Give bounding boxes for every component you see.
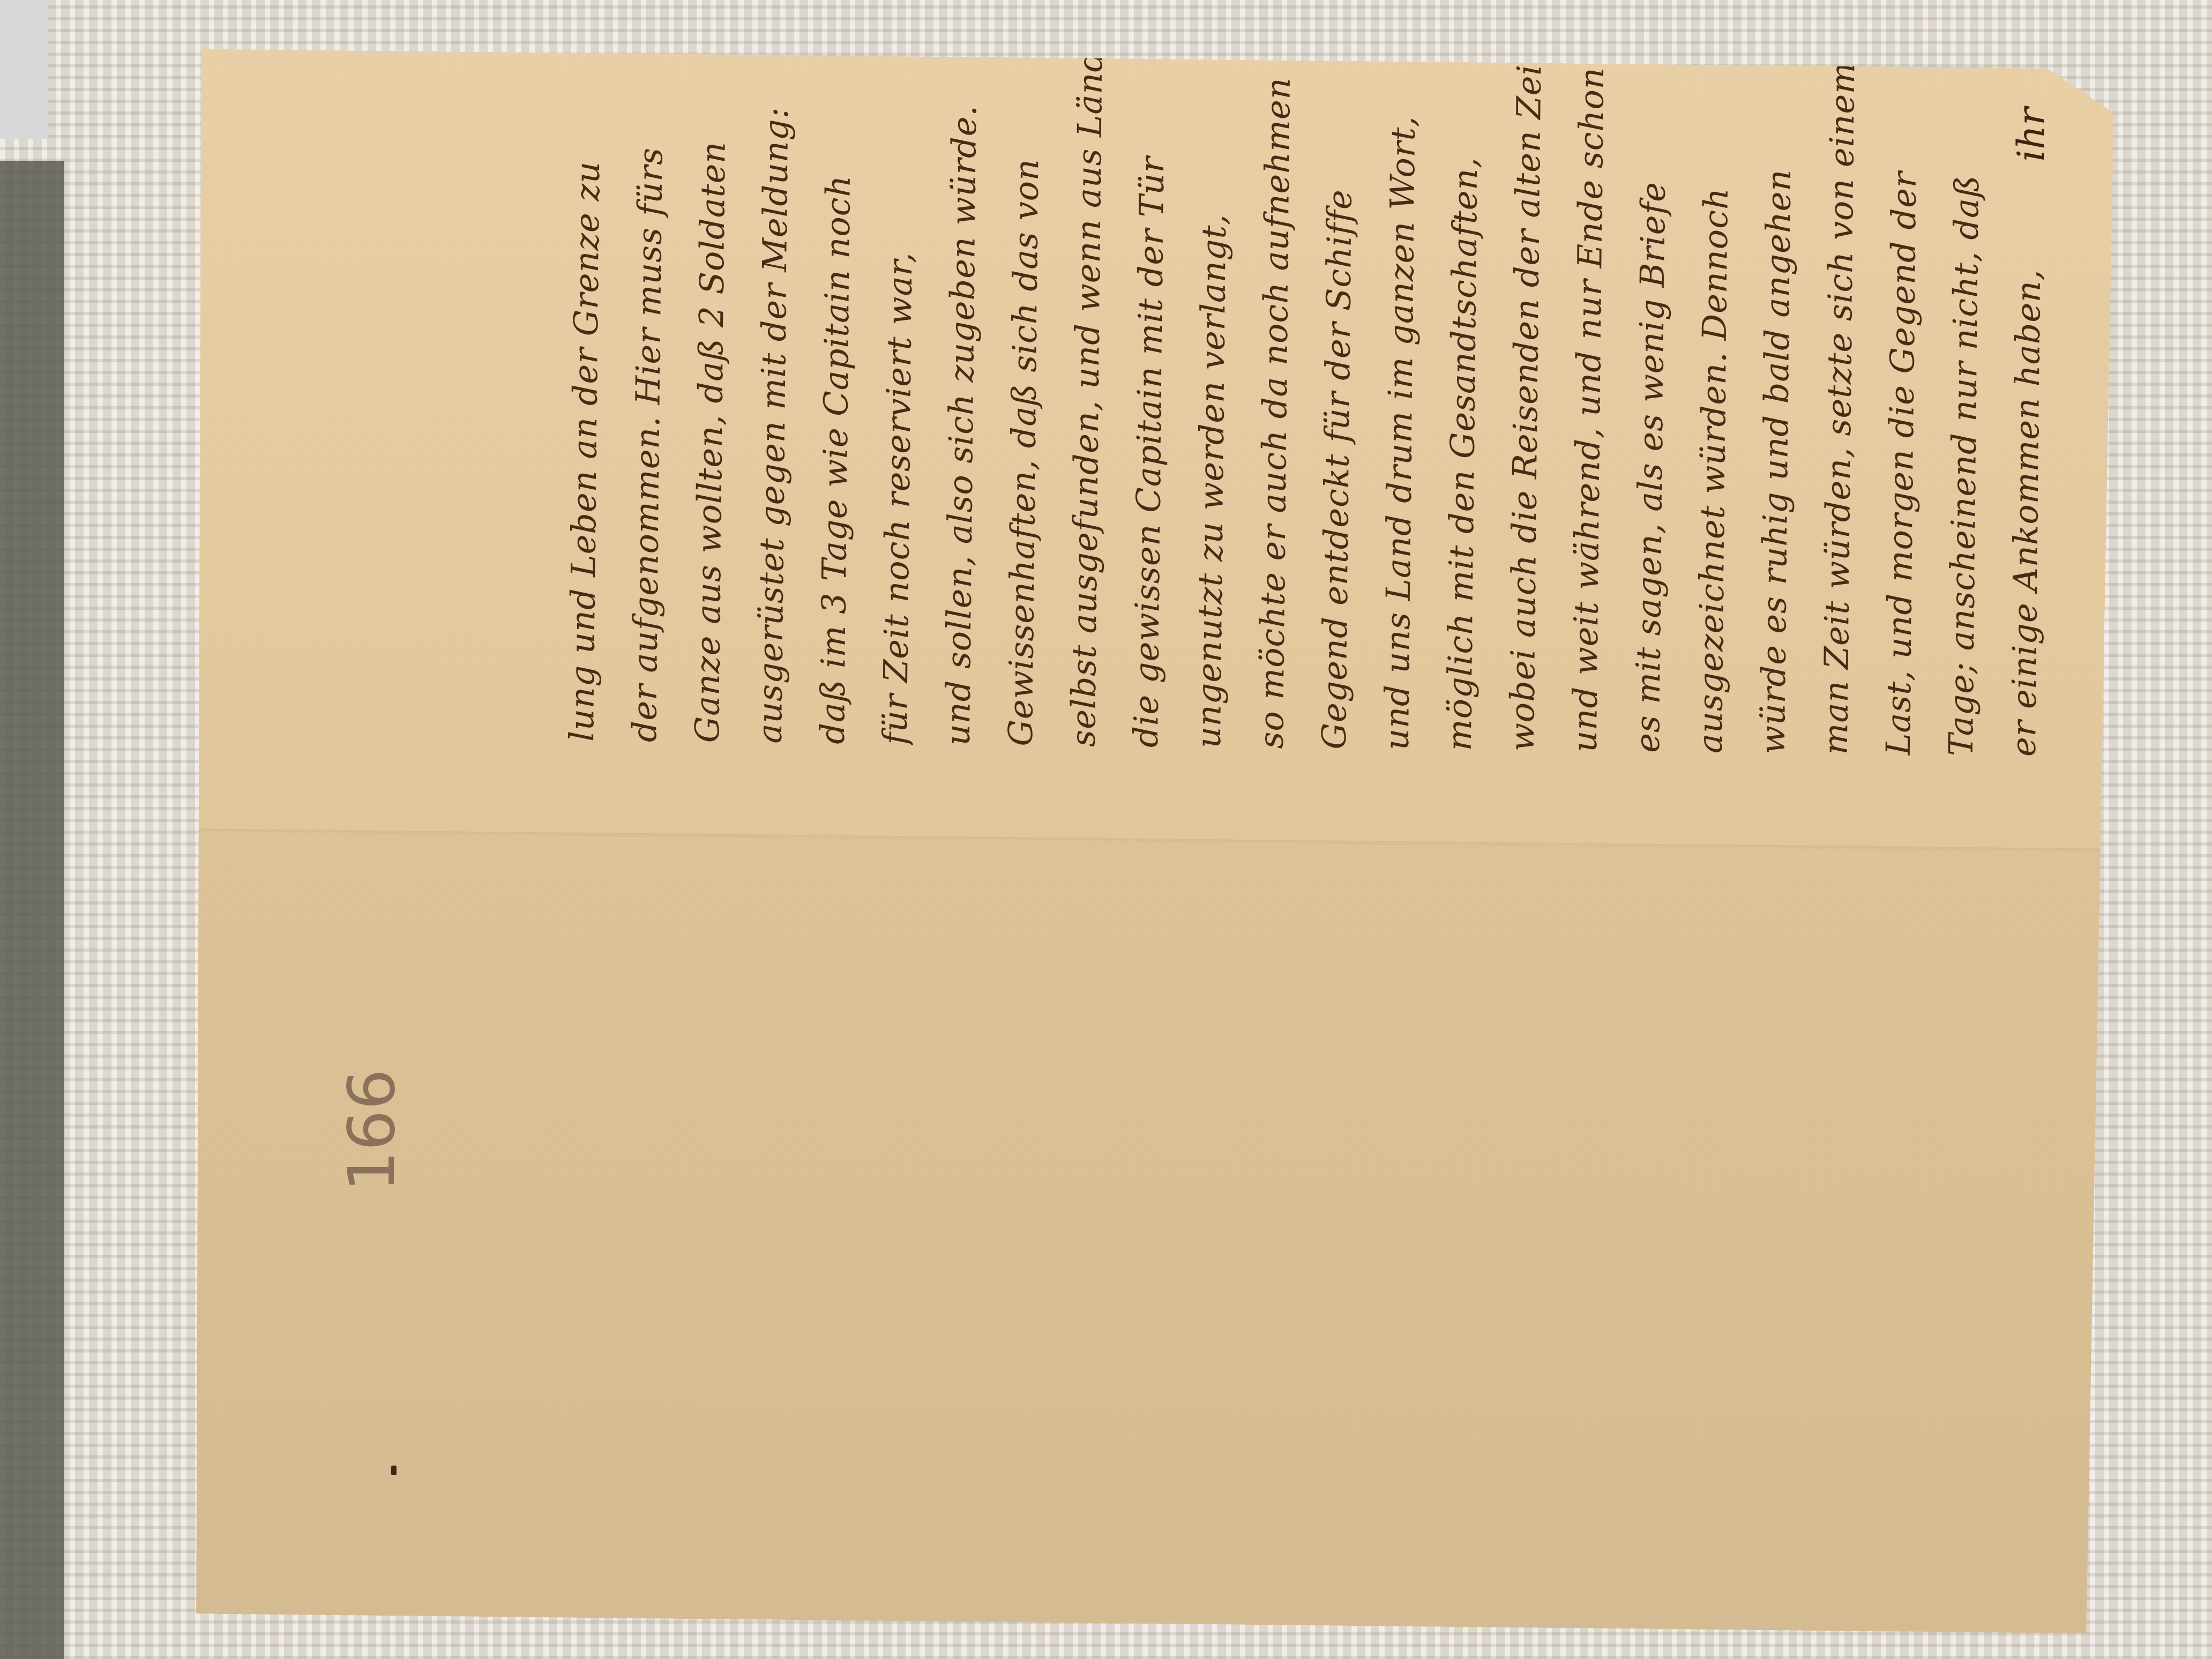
handwritten-line: Gegend entdeckt für der Schiffe xyxy=(1303,0,1374,750)
handwritten-text-block: lung und Leben an der Grenze zu der aufg… xyxy=(550,0,2212,759)
handwritten-line: ausgezeichnet würden. Dennoch xyxy=(1679,0,1750,754)
handwritten-line: für Zeit noch reserviert war, xyxy=(864,0,935,745)
handwritten-line: es mit sagen, als es wenig Briefe xyxy=(1616,0,1687,753)
background-object xyxy=(0,0,48,139)
handwritten-line: und sollen, also sich zugeben würde. xyxy=(926,0,998,746)
handwritten-line: und weit während, und nur Ende schon xyxy=(1553,0,1625,752)
handwritten-line: wobei auch die Reisenden der alten Zeit xyxy=(1491,0,1562,752)
handwritten-line: möglich mit den Gesandtschaften, xyxy=(1428,0,1499,751)
handwritten-line: man Zeit würden, setzte sich von einem xyxy=(1804,0,1875,755)
handwritten-line: würde es ruhig und bald angehen xyxy=(1742,0,1813,754)
handwritten-line: lung und Leben an der Grenze zu xyxy=(550,0,622,742)
document-sheet: lung und Leben an der Grenze zu der aufg… xyxy=(185,49,2114,1633)
background-dark-surface xyxy=(0,161,64,1659)
catchword: ihr xyxy=(2009,108,2053,162)
handwritten-line: daß im 3 Tage wie Capitain noch xyxy=(801,0,872,744)
handwritten-line: selbst ausgefunden, und wenn aus Ländern xyxy=(1052,0,1123,747)
fold-lower-half xyxy=(185,831,2106,1633)
handwritten-line: der aufgenommen. Hier muss fürs xyxy=(613,0,684,743)
handwritten-line: die gewissen Capitain mit der Tür xyxy=(1115,0,1186,748)
pencil-page-number: 166 xyxy=(335,1069,409,1192)
handwritten-line: ungenutzt zu werden verlangt, xyxy=(1177,0,1249,749)
ink-mark xyxy=(391,1466,397,1475)
handwritten-line: Gewissenhaften, daß sich das von xyxy=(989,0,1060,746)
handwritten-line: so möchte er auch da noch aufnehmen xyxy=(1240,0,1311,749)
handwritten-line: Ganze aus wollten, daß 2 Soldaten xyxy=(676,0,747,743)
handwritten-line: Last, und morgen die Gegend der xyxy=(1867,0,1938,756)
handwritten-line: ausgerüstet gegen mit der Meldung: xyxy=(738,0,810,744)
handwritten-line: und uns Land drum im ganzen Wort, xyxy=(1365,0,1437,750)
handwritten-line: Tage; anscheinend nur nicht, daß xyxy=(1930,0,2001,756)
